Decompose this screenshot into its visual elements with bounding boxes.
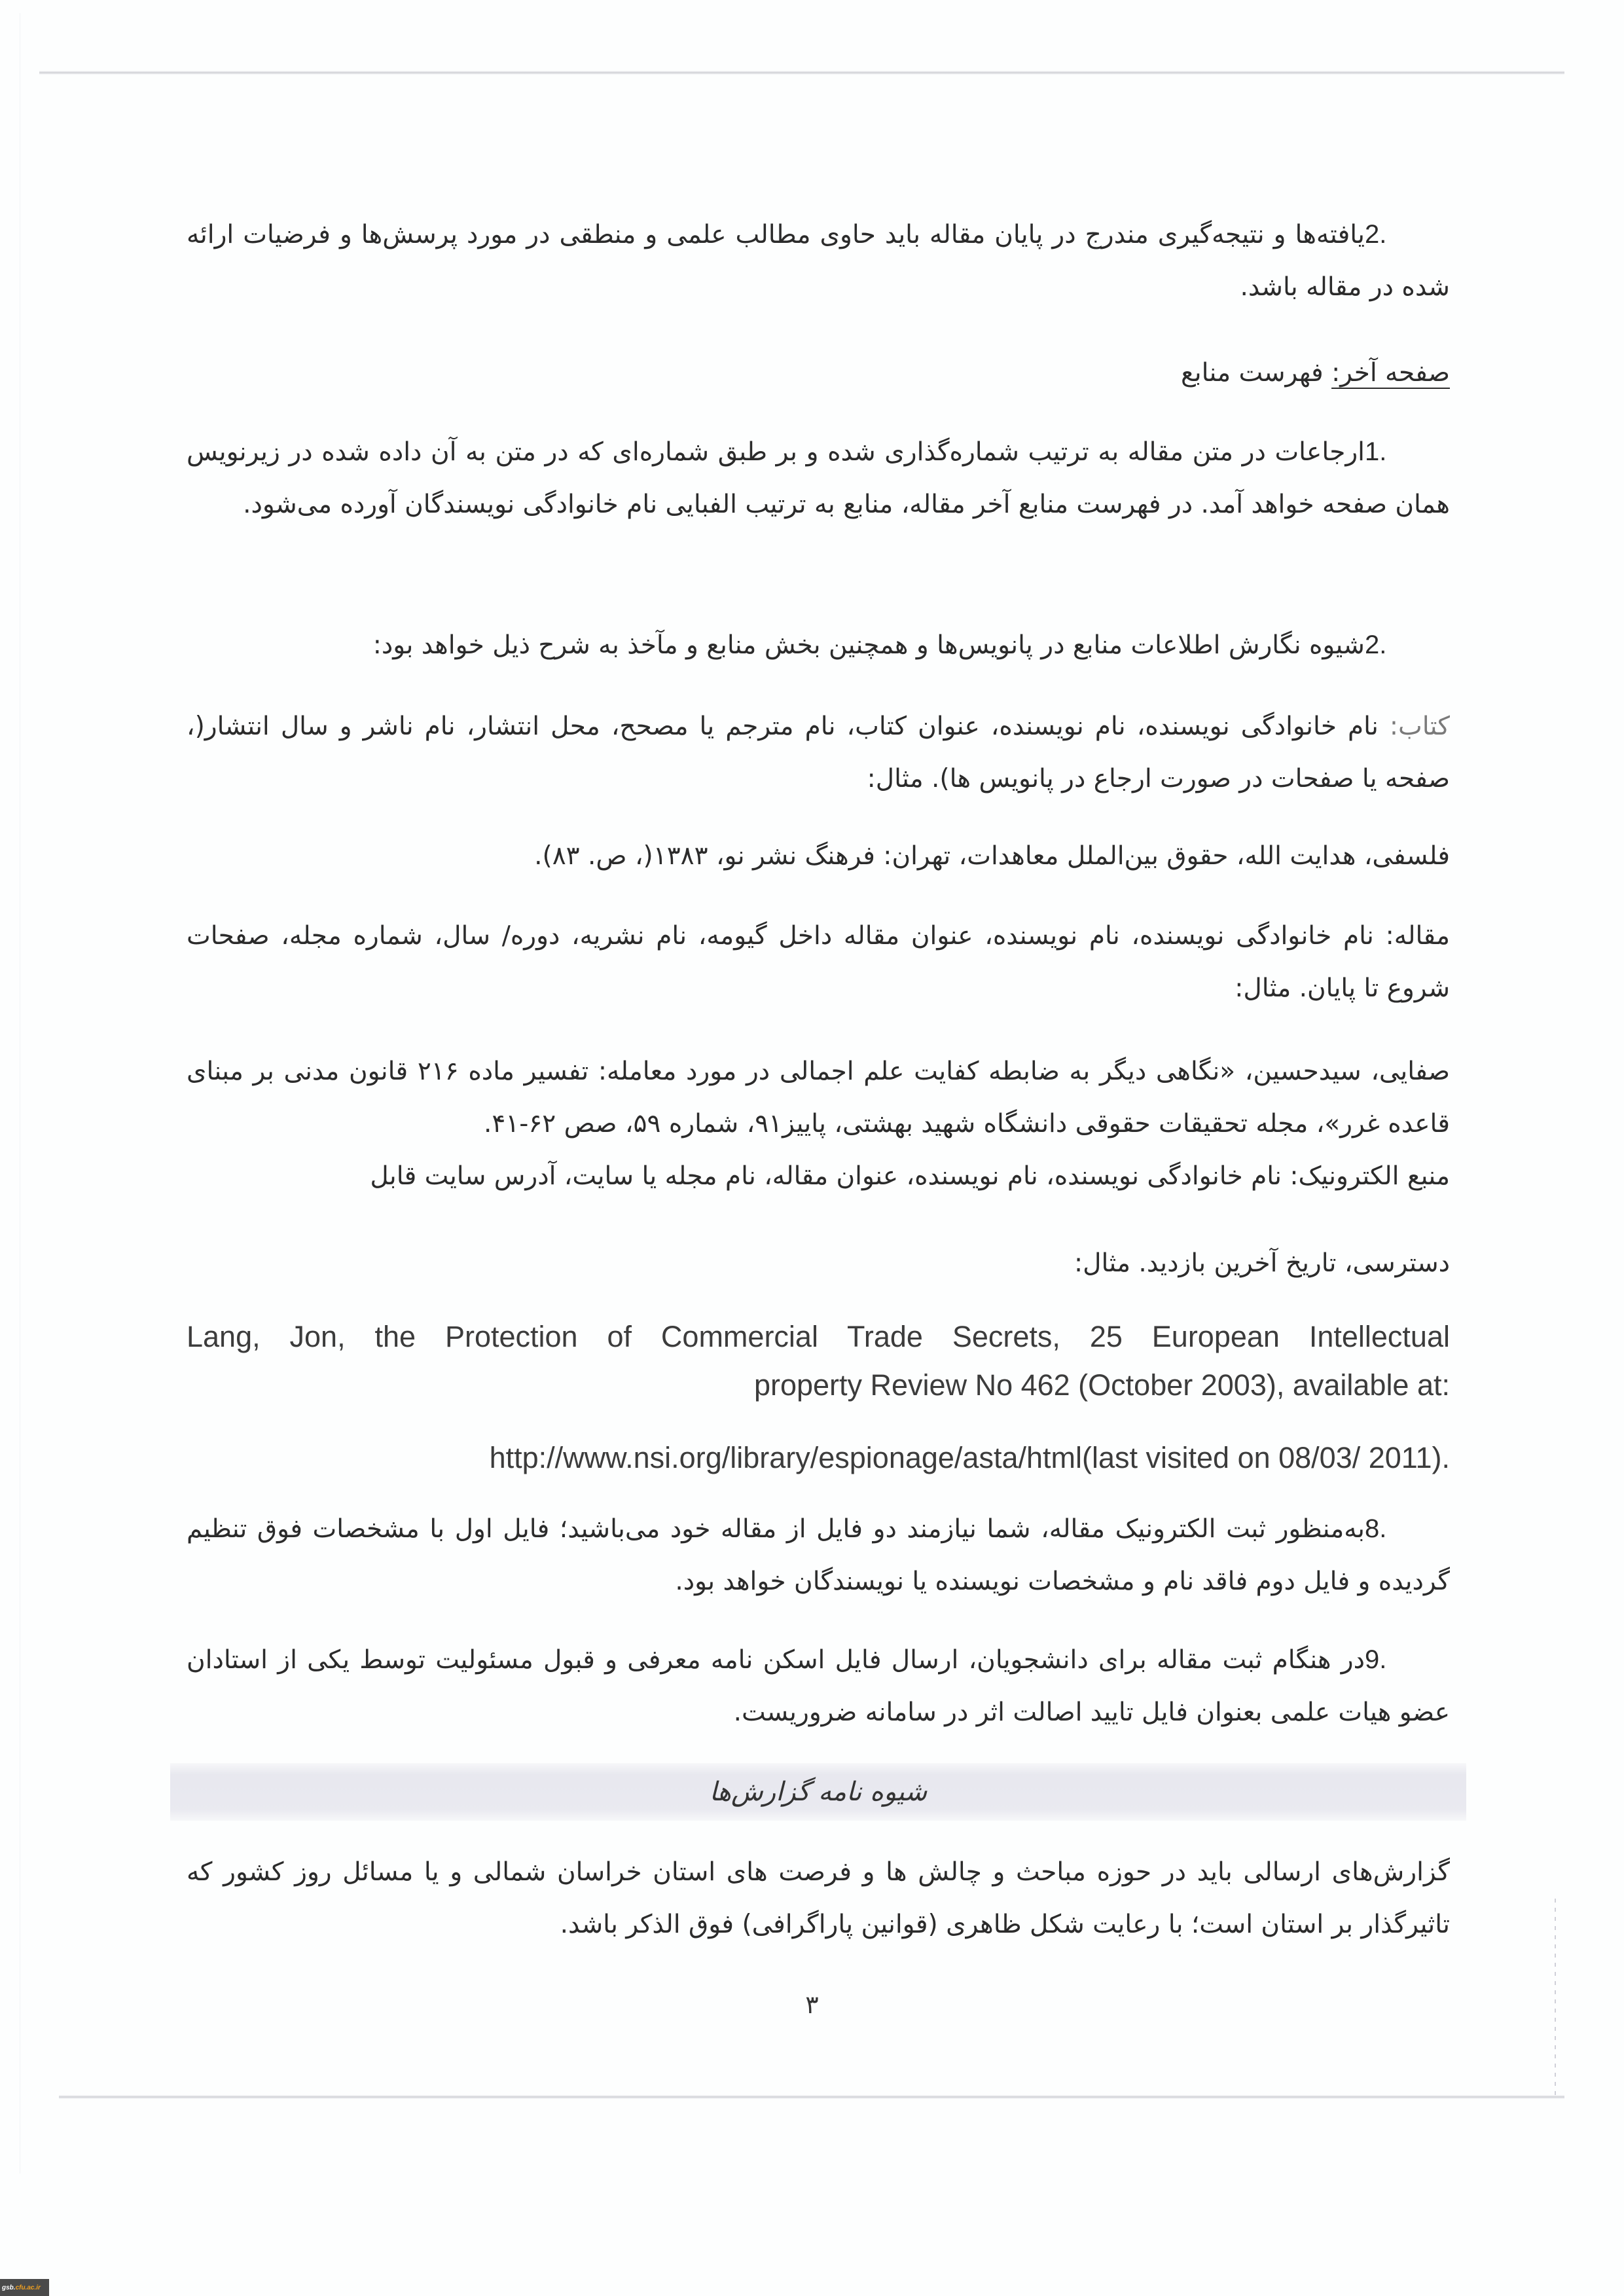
example-line-1: Lang, Jon, the Protection of Commercial … — [187, 1313, 1450, 1361]
example-text: صفایی، سیدحسین، «نگاهی دیگر به ضابطه کفا… — [187, 1057, 1450, 1139]
paragraph-text: منبع الکترونیک: نام خانوادگی نویسنده، نا… — [370, 1161, 1450, 1191]
paragraph-text: به‌منظور ثبت الکترونیک مقاله، شما نیازمن… — [187, 1514, 1450, 1596]
paragraph-text: شیوه نگارش اطلاعات منابع در پانویس‌ها و … — [373, 630, 1365, 660]
scan-artifact-bottom-line — [59, 2095, 1564, 2099]
list-number: 1. — [1365, 426, 1450, 478]
article-example: صفایی، سیدحسین، «نگاهی دیگر به ضابطه کفا… — [187, 1046, 1450, 1150]
watermark-part-2: cfu.ac.ir — [16, 2284, 41, 2291]
list-item-citation-format: 2.شیوه نگارش اطلاعات منابع در پانویس‌ها … — [187, 619, 1450, 672]
heading-label: صفحه آخر: — [1331, 358, 1450, 388]
paragraph-text: یافته‌ها و نتیجه‌گیری مندرج در پایان مقا… — [187, 220, 1450, 302]
list-number: 2. — [1365, 619, 1450, 671]
scan-artifact-top-line — [39, 71, 1564, 75]
list-number: 9. — [1365, 1633, 1450, 1686]
heading-text: فهرست منابع — [1181, 358, 1331, 388]
paragraph-text: در هنگام ثبت مقاله برای دانشجویان، ارسال… — [187, 1645, 1450, 1727]
list-item-references-order: 1.ارجاعات در متن مقاله به ترتیب شماره‌گذ… — [187, 426, 1450, 531]
list-item-student-submission: 9.در هنگام ثبت مقاله برای دانشجویان، ارس… — [187, 1633, 1450, 1739]
section-heading-last-page: صفحه آخر: فهرست منابع — [187, 347, 1450, 399]
example-line-2: property Review No 462 (October 2003), a… — [187, 1361, 1450, 1410]
list-number: 8. — [1365, 1503, 1450, 1555]
electronic-format-continued: دسترسی، تاریخ آخرین بازدید. مثال: — [187, 1237, 1450, 1290]
page-number: ۳ — [0, 1990, 1624, 2019]
paragraph-text: دسترسی، تاریخ آخرین بازدید. مثال: — [1074, 1248, 1450, 1278]
section-title: شیوه نامه گزارش‌ها — [710, 1777, 927, 1807]
book-label: کتاب: — [1390, 712, 1450, 741]
watermark-part-1: gsb. — [2, 2284, 16, 2291]
example-url-line: http://www.nsi.org/library/espionage/ast… — [187, 1434, 1450, 1482]
reports-paragraph: گزارش‌های ارسالی باید در حوزه مباحث و چا… — [187, 1846, 1450, 1951]
example-text: فلسفی، هدایت الله، حقوق بین‌الملل معاهدا… — [534, 841, 1450, 871]
scan-edge-left — [20, 13, 20, 2174]
site-watermark: gsb.cfu.ac.ir — [0, 2279, 49, 2296]
electronic-example-url: http://www.nsi.org/library/espionage/ast… — [187, 1434, 1450, 1482]
list-number: 2. — [1365, 208, 1450, 261]
paragraph-text: ارجاعات در متن مقاله به ترتیب شماره‌گذار… — [187, 437, 1450, 519]
article-format: مقاله: نام خانوادگی نویسنده، نام نویسنده… — [187, 910, 1450, 1015]
paragraph-text: گزارش‌های ارسالی باید در حوزه مباحث و چا… — [187, 1857, 1450, 1939]
paragraph-text: مقاله: نام خانوادگی نویسنده، نام نویسنده… — [187, 921, 1450, 1003]
book-format: کتاب: نام خانوادگی نویسنده، نام نویسنده،… — [187, 701, 1450, 805]
electronic-example: Lang, Jon, the Protection of Commercial … — [187, 1313, 1450, 1410]
book-example: فلسفی، هدایت الله، حقوق بین‌الملل معاهدا… — [187, 830, 1450, 883]
paragraph-text: نام خانوادگی نویسنده، نام نویسنده، عنوان… — [187, 712, 1450, 793]
electronic-format: منبع الکترونیک: نام خانوادگی نویسنده، نا… — [187, 1150, 1450, 1203]
list-item-electronic-submission: 8.به‌منظور ثبت الکترونیک مقاله، شما نیاز… — [187, 1503, 1450, 1608]
section-heading-reports: شیوه نامه گزارش‌ها — [170, 1763, 1466, 1821]
list-item-findings: 2.یافته‌ها و نتیجه‌گیری مندرج در پایان م… — [187, 208, 1450, 314]
